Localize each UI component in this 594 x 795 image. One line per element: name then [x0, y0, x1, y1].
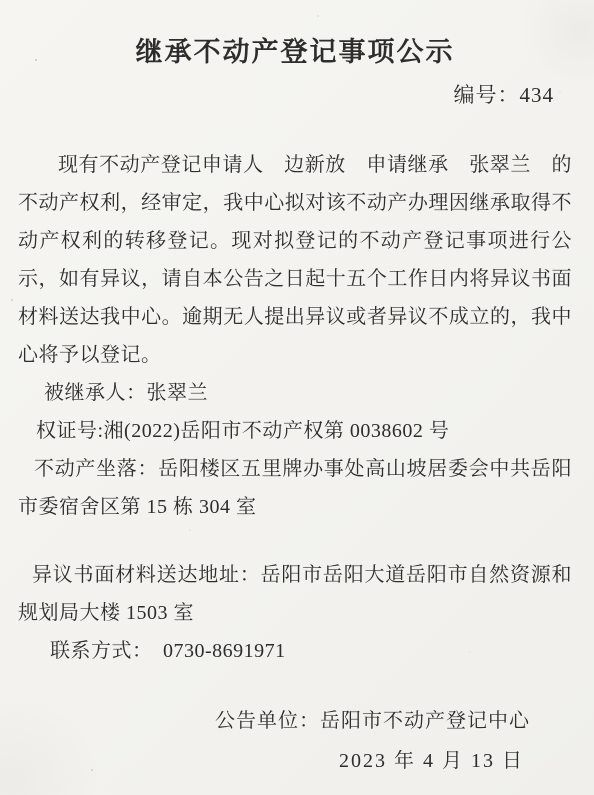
- scanned-announcement-document: 继承不动产登记事项公示 编号：434 现有不动产登记申请人 边新放 申请继承 张…: [0, 0, 594, 795]
- footer-date: 2023 年 4 月 13 日: [18, 742, 572, 780]
- field-property-location: 不动产坐落：岳阳楼区五里牌办事处高山坡居委会中共岳阳市委宿舍区第 15 栋 30…: [18, 450, 572, 526]
- document-title: 继承不动产登记事项公示: [18, 32, 572, 72]
- field-decedent: 被继承人：张翠兰: [18, 374, 572, 412]
- field-contact-phone: 联系方式： 0730-8691971: [18, 632, 572, 670]
- document-number: 编号：434: [18, 80, 572, 110]
- field-objection-address: 异议书面材料送达地址：岳阳市岳阳大道岳阳市自然资源和规划局大楼 1503 室: [18, 556, 572, 632]
- announcement-body-paragraph: 现有不动产登记申请人 边新放 申请继承 张翠兰 的不动产权利，经审定，我中心拟对…: [18, 146, 572, 374]
- footer-issuing-unit: 公告单位：岳阳市不动产登记中心: [18, 702, 572, 740]
- field-certificate-number: 权证号:湘(2022)岳阳市不动产权第 0038602 号: [18, 412, 572, 450]
